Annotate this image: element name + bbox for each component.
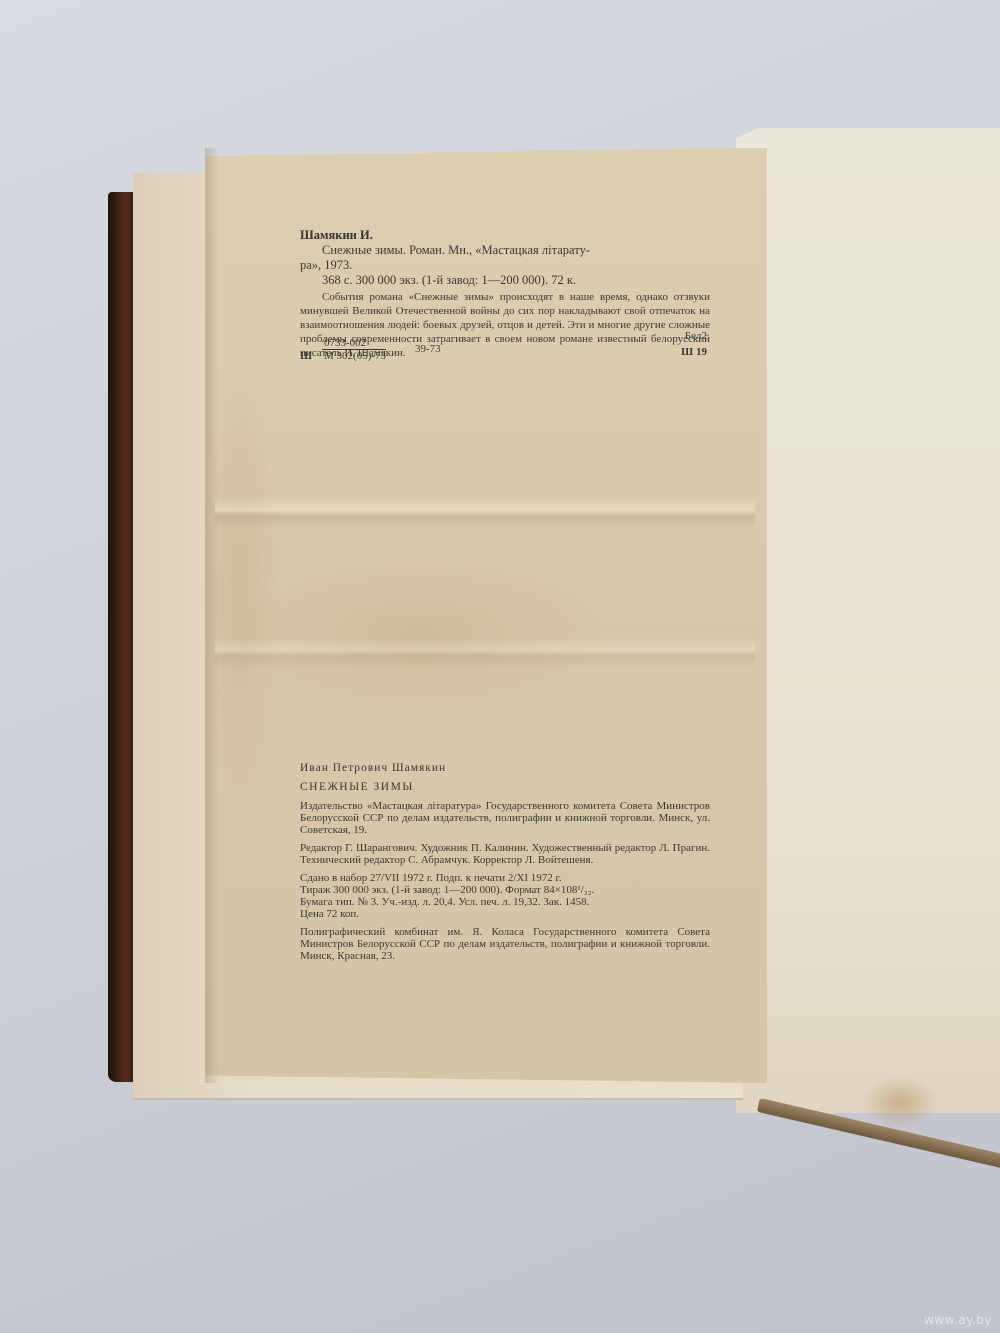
site-watermark: www.ay.by — [924, 1313, 992, 1327]
print-data-line: Цена 72 коп. — [300, 908, 359, 920]
author-full-name: Иван Петрович Шамякин — [300, 762, 710, 774]
water-stain — [230, 560, 610, 710]
print-data-line: Тираж 300 000 экз. (1-й завод: 1—200 000… — [300, 884, 594, 896]
page-wrinkle — [215, 498, 755, 528]
physical-description: 368 с. 300 000 экз. (1-й завод: 1—200 00… — [300, 273, 710, 288]
classification-denominator: М 302(05)-73 — [322, 350, 386, 362]
bbk-code: Бел2 — [685, 330, 707, 342]
classification-fraction: 0733-002 М 302(05)-73 — [322, 337, 386, 362]
catalog-author: Шамякин И. — [300, 228, 373, 243]
staff-credits: Редактор Г. Шарангович. Художник П. Кали… — [300, 842, 710, 866]
photo-scene: Шамякин И. Снежные зимы. Роман. Мн., «Ма… — [0, 0, 1000, 1333]
author-sign: Ш 19 — [681, 346, 707, 358]
bibliographic-line: Снежные зимы. Роман. Мн., «Мастацкая літ… — [300, 243, 710, 258]
classification-codes: Ш 0733-002 М 302(05)-73 39-73 Бел2 Ш 19 — [300, 337, 715, 367]
right-endpaper — [736, 128, 1000, 1113]
classification-prefix: Ш — [300, 350, 312, 362]
print-data: Сдано в набор 27/VII 1972 г. Подп. к печ… — [300, 872, 710, 920]
water-stain — [860, 1075, 940, 1130]
bibliographic-line: ра», 1973. — [300, 258, 710, 273]
print-data-line: Сдано в набор 27/VII 1972 г. Подп. к печ… — [300, 872, 562, 884]
printer-info: Полиграфический комбинат им. Я. Коласа Г… — [300, 926, 710, 962]
classification-numerator: 0733-002 — [322, 337, 386, 350]
publisher-info: Издательство «Мастацкая літаратура» Госу… — [300, 800, 710, 836]
book-title: СНЕЖНЫЕ ЗИМЫ — [300, 781, 710, 793]
colophon: Иван Петрович Шамякин СНЕЖНЫЕ ЗИМЫ Издат… — [300, 762, 710, 968]
book-spine — [108, 192, 134, 1082]
print-data-line: Бумага тип. № 3. Уч.-изд. л. 20,4. Усл. … — [300, 896, 589, 908]
catalog-description: Снежные зимы. Роман. Мн., «Мастацкая літ… — [300, 243, 710, 288]
page-wrinkle — [215, 638, 755, 668]
order-code: 39-73 — [415, 343, 441, 355]
